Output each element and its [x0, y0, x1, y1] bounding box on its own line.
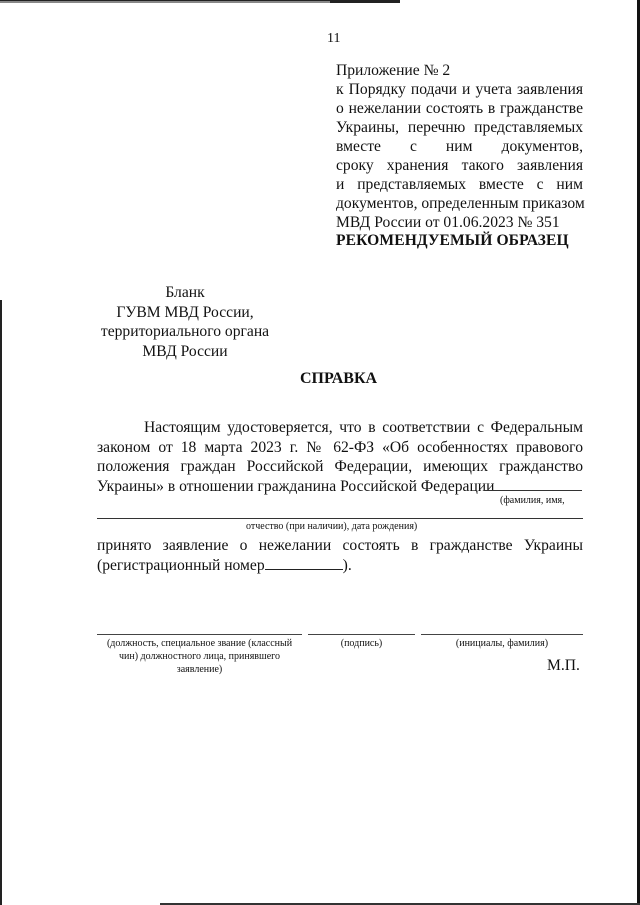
document-page: 11 Приложение № 2 к Порядку подачи и уче… — [0, 0, 640, 905]
recommended-sample-label: РЕКОМЕНДУЕМЫЙ ОБРАЗЕЦ — [336, 232, 569, 250]
appendix-line: о нежелании состоять в гражданстве — [336, 99, 583, 118]
document-title: СПРАВКА — [300, 370, 377, 388]
appendix-line: документов, определенным приказом — [336, 194, 583, 213]
appendix-line: Приложение № 2 — [336, 61, 583, 80]
appendix-line: вместе с ним документов, — [336, 137, 583, 156]
certificate-body: Настоящим удостоверяется, что в соответс… — [97, 418, 583, 496]
letterhead-line: Бланк — [95, 283, 275, 303]
signature-fill-line — [308, 634, 415, 635]
appendix-line: МВД России от 01.06.2023 № 351 — [336, 213, 583, 232]
stamp-place: М.П. — [547, 657, 580, 675]
acceptance-statement: принято заявление о нежелании состоять в… — [97, 536, 583, 575]
letterhead-block: Бланк ГУВМ МВД России, территориального … — [95, 283, 275, 361]
name-hint: (фамилия, имя, — [500, 495, 565, 506]
initials-fill-line — [421, 634, 583, 635]
initials-hint: (инициалы, фамилия) — [421, 637, 583, 650]
appendix-line: Украины, перечню представляемых — [336, 118, 583, 137]
body-line: Украины» в отношении гражданина Российск… — [97, 477, 583, 497]
letterhead-line: ГУВМ МВД России, — [95, 303, 275, 323]
appendix-line: сроку хранения такого заявления — [336, 156, 583, 175]
body-line: Настоящим удостоверяется, что в соответс… — [97, 418, 583, 438]
letterhead-line: МВД России — [95, 342, 275, 362]
signature-hint: (подпись) — [308, 637, 415, 650]
appendix-line: и представляемых вместе с ним — [336, 175, 583, 194]
letterhead-line: территориального органа — [95, 322, 275, 342]
registration-suffix: ). — [343, 557, 352, 574]
registration-line: (регистрационный номер). — [97, 556, 583, 576]
position-hint: (должность, специальное звание (классный… — [97, 637, 302, 676]
patronymic-hint: отчество (при наличии), дата рождения) — [246, 521, 417, 532]
patronymic-fill-line — [97, 518, 583, 519]
acceptance-line: принято заявление о нежелании состоять в… — [97, 536, 583, 556]
scan-edge-left — [0, 300, 2, 905]
position-fill-line — [97, 634, 302, 635]
body-line: законом от 18 марта 2023 г. № 62-ФЗ «Об … — [97, 438, 583, 458]
body-line: положения граждан Российской Федерации, … — [97, 457, 583, 477]
appendix-line: к Порядку подачи и учета заявления — [336, 80, 583, 99]
appendix-header: Приложение № 2 к Порядку подачи и учета … — [336, 61, 583, 232]
page-number: 11 — [327, 31, 340, 47]
scan-edge-top-shadow — [0, 1, 330, 3]
name-fill-line — [484, 490, 582, 491]
registration-number-blank — [265, 556, 343, 570]
registration-prefix: (регистрационный номер — [97, 557, 265, 574]
